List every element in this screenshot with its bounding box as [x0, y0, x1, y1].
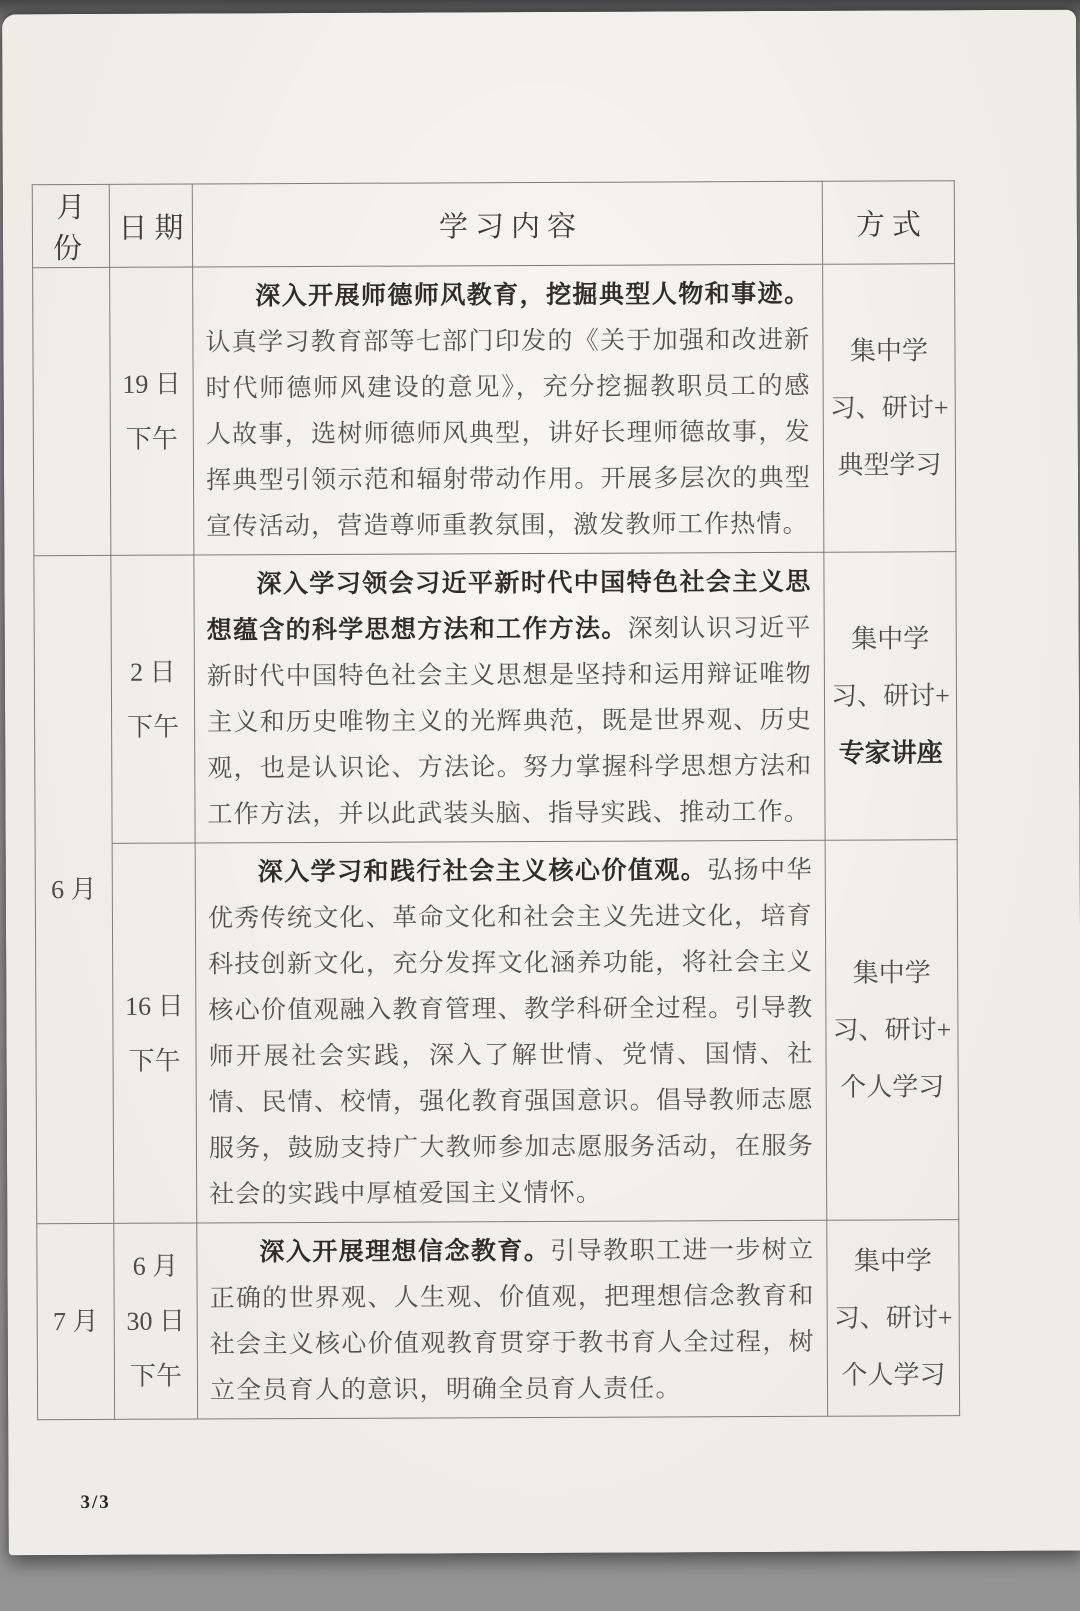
content-body: 弘扬中华优秀传统文化、革命文化和社会主义先进文化，培育科技创新文化，充分发挥文化…	[208, 857, 814, 1209]
content-cell: 深入开展师德师风教育，挖掘典型人物和事迹。认真学习教育部等七部门印发的《关于加强…	[193, 264, 824, 555]
method-line: 集中学	[829, 1232, 956, 1290]
header-month: 月份	[32, 184, 109, 267]
content-cell: 深入学习和践行社会主义核心价值观。弘扬中华优秀传统文化、革命文化和社会主义先进文…	[195, 840, 827, 1223]
method-line: 集中学	[825, 322, 952, 380]
method-line: 习、研讨+	[828, 1001, 955, 1059]
method-cell: 集中学 习、研讨+ 个人学习	[825, 840, 959, 1221]
study-plan-table: 月份 日期 学习内容 方式 19 日 下午 深入开展师德师风教育，挖掘典型人物和…	[32, 180, 960, 1420]
month-cell: 7 月	[37, 1223, 115, 1419]
date-line: 下午	[112, 699, 194, 754]
header-content: 学习内容	[192, 181, 822, 267]
method-line: 集中学	[828, 944, 955, 1002]
method-cell: 集中学 习、研讨+ 个人学习	[827, 1220, 960, 1417]
month-cell	[33, 267, 111, 555]
content-paragraph: 深入学习领会习近平新时代中国特色社会主义思想蕴含的科学思想方法和工作方法。深刻认…	[206, 560, 812, 839]
scanned-page: 月份 日期 学习内容 方式 19 日 下午 深入开展师德师风教育，挖掘典型人物和…	[2, 10, 1080, 1556]
content-paragraph: 深入开展理想信念教育。引导教职工进一步树立正确的世界观、人生观、价值观，把理想信…	[209, 1228, 815, 1415]
method-line: 集中学	[827, 610, 954, 668]
date-line: 16 日	[113, 978, 195, 1033]
method-line: 典型学习	[826, 436, 953, 494]
method-cell: 集中学 习、研讨+ 典型学习	[823, 264, 956, 553]
table-row: 16 日 下午 深入学习和践行社会主义核心价值观。弘扬中华优秀传统文化、革命文化…	[35, 840, 959, 1224]
method-line: 习、研讨+	[827, 667, 954, 725]
date-line: 下午	[111, 411, 193, 466]
table-row: 6 月 2 日 下午 深入学习领会习近平新时代中国特色社会主义思想蕴含的科学思想…	[34, 552, 957, 844]
date-cell: 16 日 下午	[112, 843, 197, 1223]
method-line: 专家讲座	[827, 724, 954, 782]
content-cell: 深入学习领会习近平新时代中国特色社会主义思想蕴含的科学思想方法和工作方法。深刻认…	[194, 552, 825, 843]
content-body: 深刻认识习近平新时代中国特色社会主义思想是坚持和运用辩证唯物主义和历史唯物主义的…	[207, 615, 813, 829]
date-line: 30 日	[115, 1294, 197, 1349]
method-line: 个人学习	[829, 1058, 956, 1116]
date-line: 下午	[115, 1349, 197, 1404]
method-line: 习、研讨+	[826, 379, 953, 437]
month-label: 6 月	[36, 864, 112, 914]
date-line: 19 日	[110, 356, 192, 411]
date-cell: 6 月 30 日 下午	[114, 1223, 198, 1419]
header-date: 日期	[109, 184, 192, 267]
month-label: 7 月	[38, 1296, 114, 1346]
date-line: 下午	[113, 1033, 195, 1088]
method-cell: 集中学 习、研讨+ 专家讲座	[824, 552, 957, 841]
month-cell: 6 月	[34, 555, 114, 1223]
page-number: 3/3	[80, 1492, 110, 1514]
date-line: 6 月	[114, 1239, 196, 1294]
date-line: 2 日	[112, 644, 194, 699]
method-line: 习、研讨+	[830, 1289, 957, 1347]
content-paragraph: 深入学习和践行社会主义核心价值观。弘扬中华优秀传统文化、革命文化和社会主义先进文…	[208, 848, 815, 1219]
content-lead: 深入学习和践行社会主义核心价值观。	[258, 857, 708, 886]
header-method: 方式	[822, 181, 954, 265]
method-line: 个人学习	[830, 1346, 957, 1404]
table-row: 7 月 6 月 30 日 下午 深入开展理想信念教育。引导教职工进一步树立正确的…	[37, 1220, 960, 1420]
table-row: 19 日 下午 深入开展师德师风教育，挖掘典型人物和事迹。认真学习教育部等七部门…	[33, 264, 956, 556]
content-lead: 深入开展师德师风教育，挖掘典型人物和事迹。	[255, 281, 810, 310]
content-paragraph: 深入开展师德师风教育，挖掘典型人物和事迹。认真学习教育部等七部门印发的《关于加强…	[205, 272, 811, 551]
content-cell: 深入开展理想信念教育。引导教职工进一步树立正确的世界观、人生观、价值观，把理想信…	[197, 1220, 828, 1419]
content-body: 认真学习教育部等七部门印发的《关于加强和改进新时代师德师风建设的意见》，充分挖掘…	[205, 327, 811, 541]
content-lead: 深入开展理想信念教育。	[259, 1238, 550, 1266]
table-header-row: 月份 日期 学习内容 方式	[32, 181, 954, 268]
date-cell: 2 日 下午	[111, 555, 195, 843]
date-cell: 19 日 下午	[110, 267, 194, 555]
